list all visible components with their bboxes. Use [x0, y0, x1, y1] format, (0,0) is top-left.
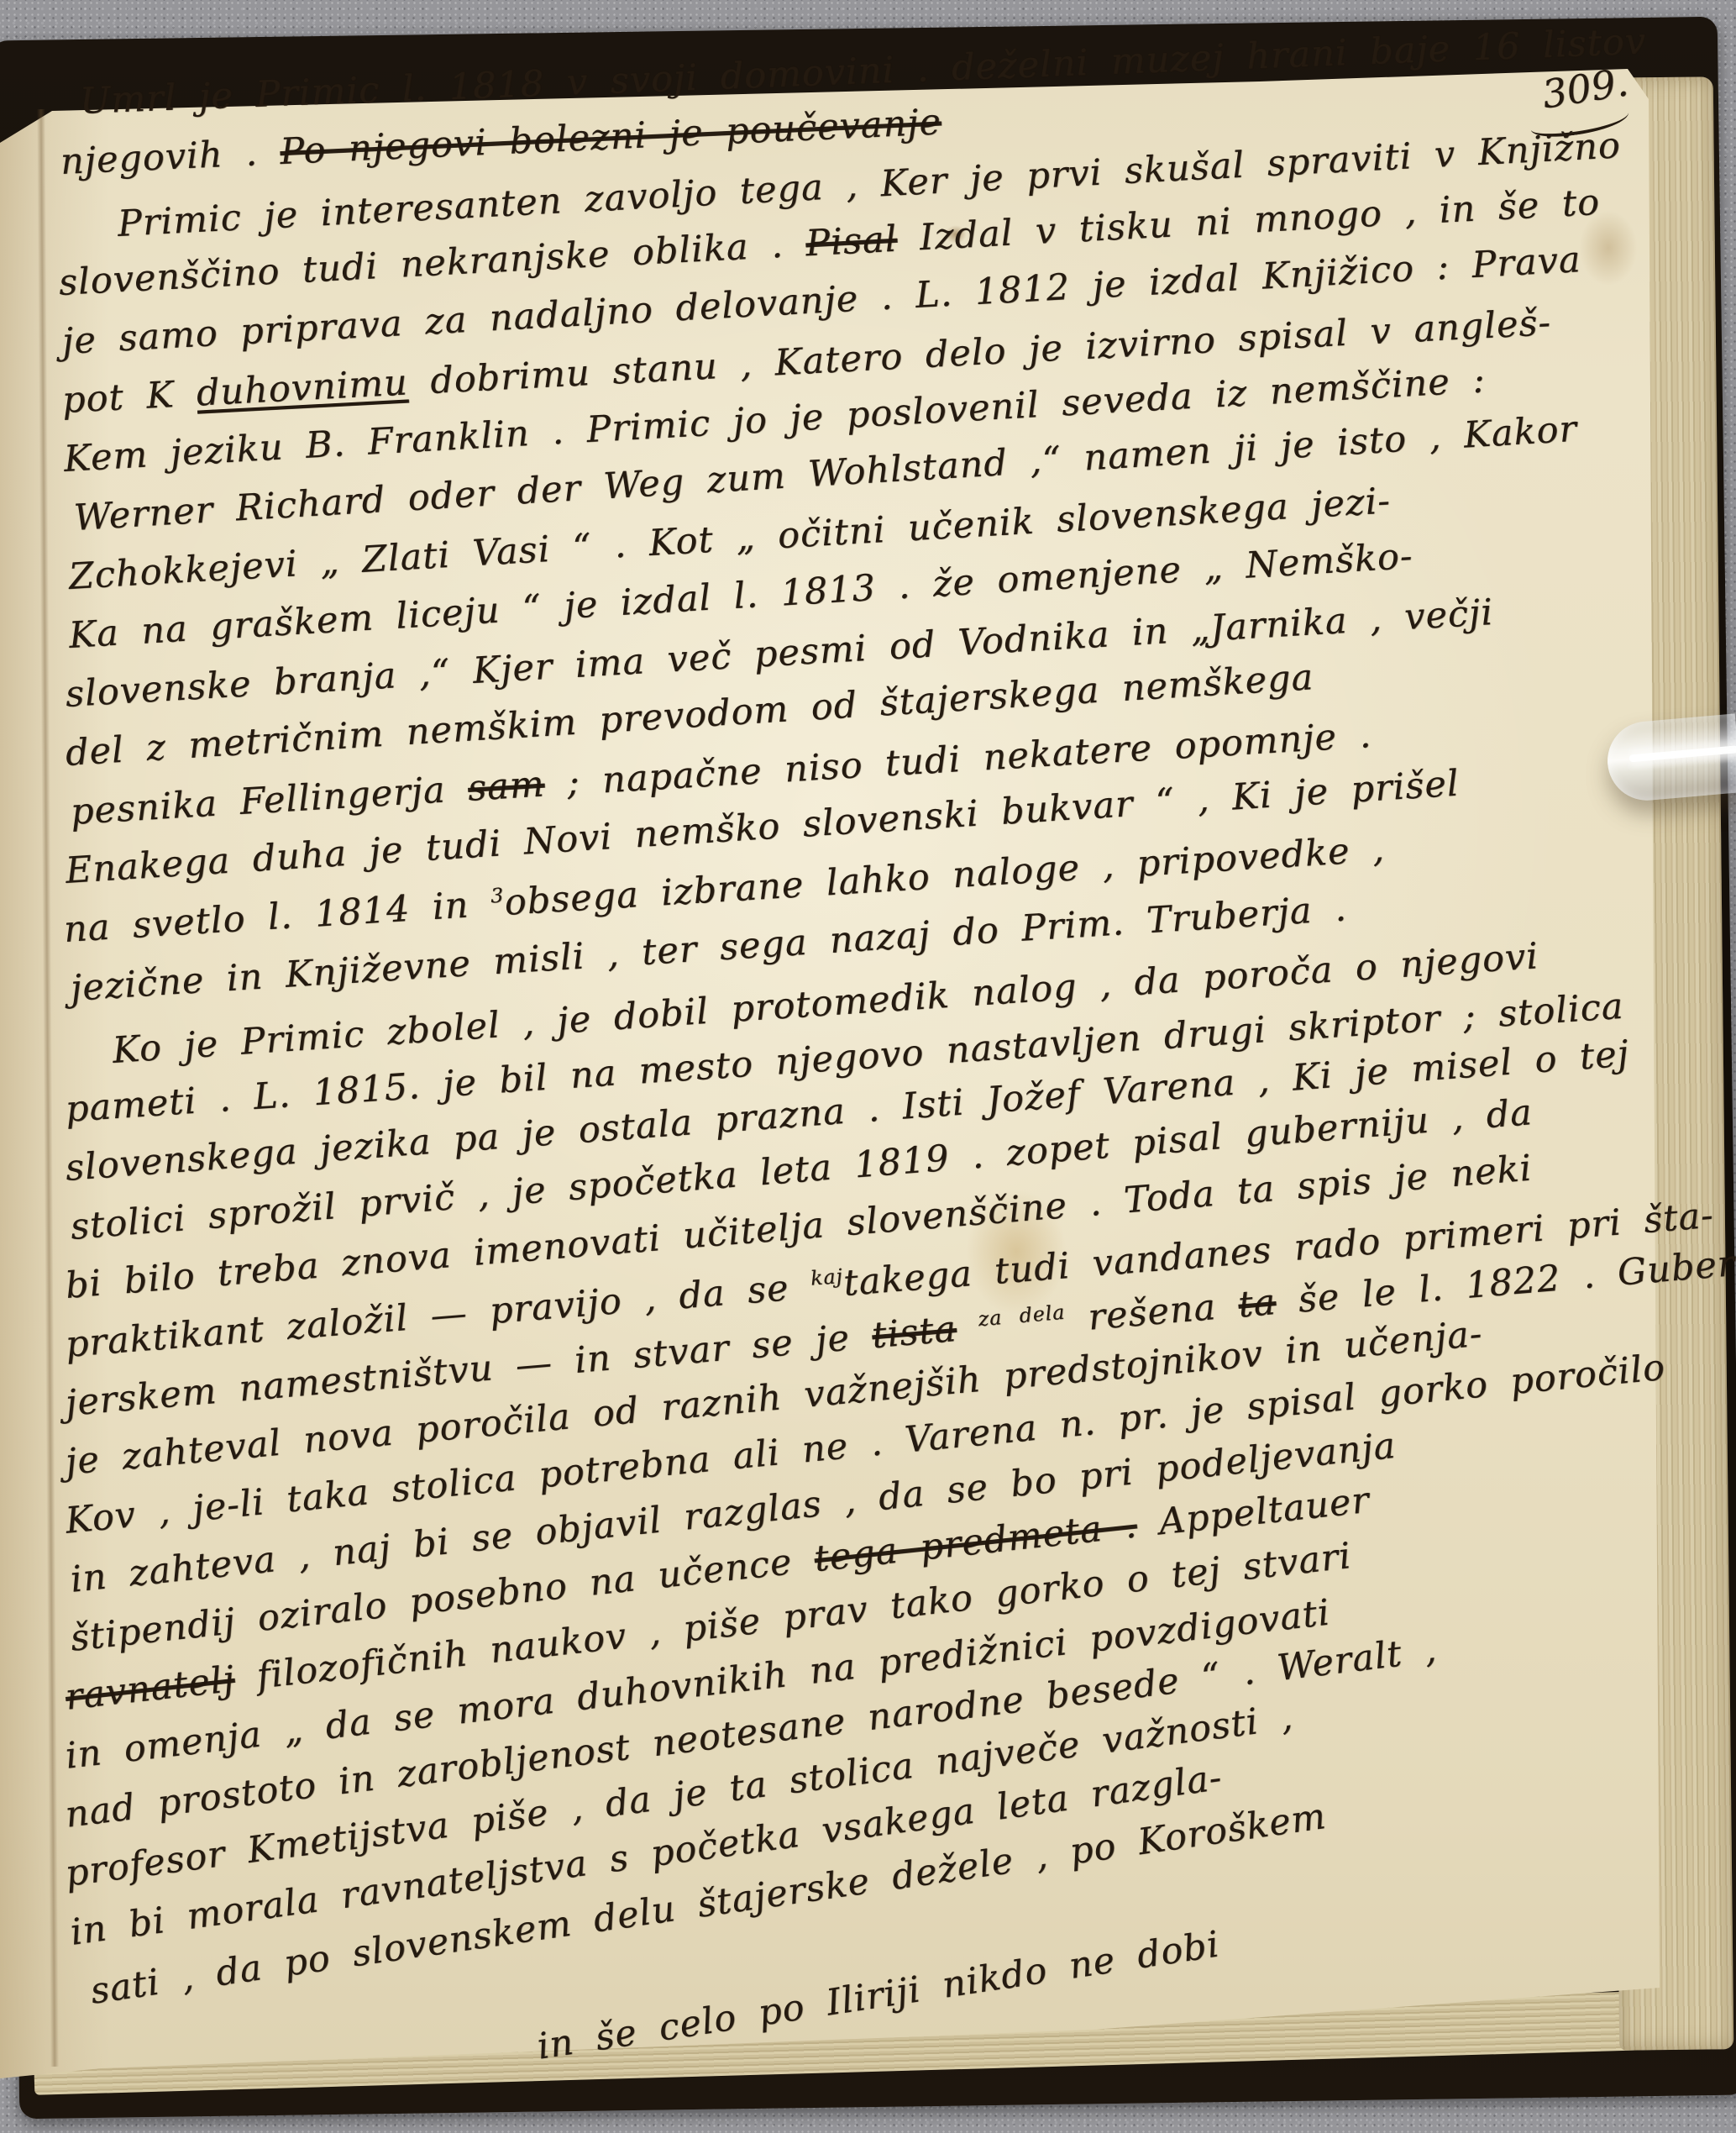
handwriting-line: in še celo po Iliriji nikdo ne dobi [534, 1924, 1222, 2068]
handwriting-segment: tista [870, 1308, 958, 1357]
handwriting-text-layer: Umrl je Primic l. 1818 v svoji domovini … [0, 0, 1736, 2133]
handwriting-segment: duhovnimu [196, 361, 409, 414]
handwriting-segment: za dela [978, 1300, 1067, 1332]
handwriting-segment: ta [1236, 1281, 1277, 1327]
handwriting-segment: Po njegovi bolezni je poučevanje [279, 101, 942, 173]
handwriting-segment: pesnika Fellingerja [70, 768, 469, 833]
handwriting-segment: rešena [1064, 1285, 1240, 1341]
handwriting-segment: pot K [61, 373, 198, 422]
handwriting-segment: kaj [810, 1264, 844, 1290]
handwriting-segment: na svetlo l. 1814 in [62, 883, 492, 951]
handwriting-segment: sam [467, 764, 546, 810]
handwriting-segment: njegovih . [60, 131, 281, 183]
handwriting-segment: Pisal [805, 218, 899, 265]
handwriting-segment: ravnatelj [63, 1658, 237, 1719]
handwriting-segment: in še celo po Iliriji nikdo ne dobi [534, 1924, 1222, 2068]
handwriting-segment: 3 [490, 884, 505, 908]
glass-rod-highlight [1628, 745, 1736, 762]
photo-of-manuscript-book: { "document": { "page_number": "309.", "… [0, 0, 1736, 2133]
